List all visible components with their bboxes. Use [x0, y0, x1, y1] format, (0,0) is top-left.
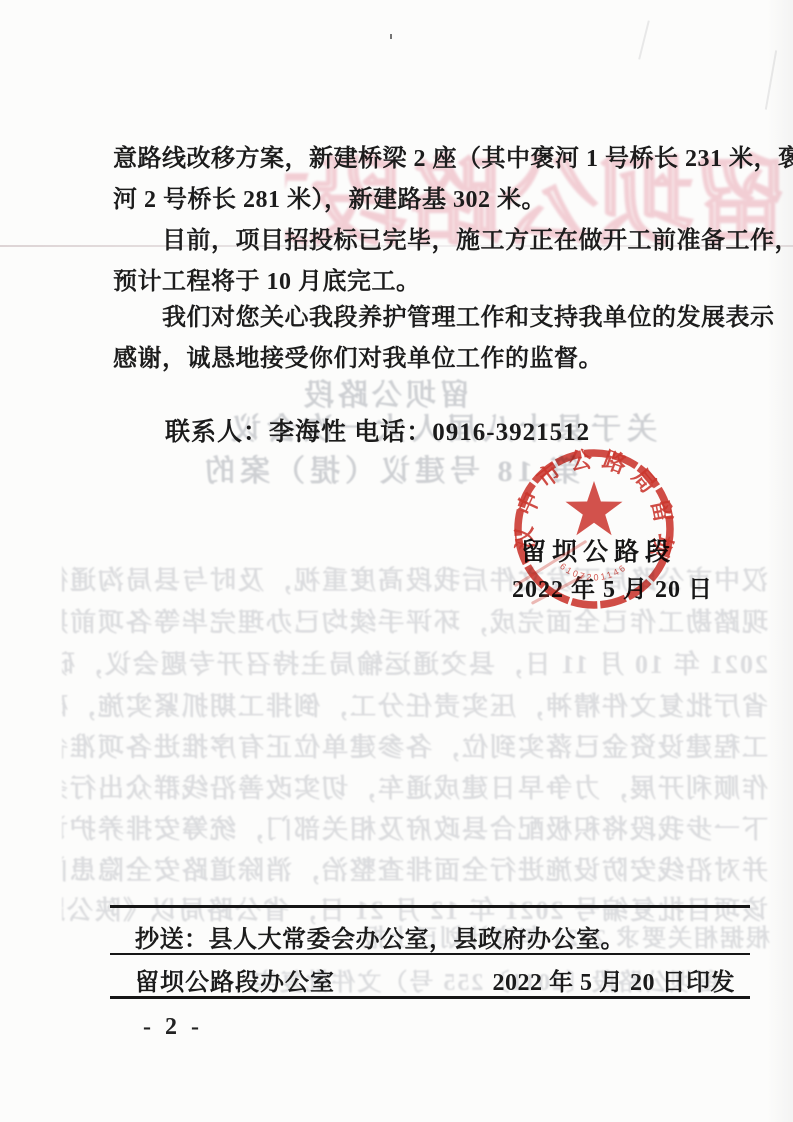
body-line: 河 2 号桥长 281 米），新建路基 302 米。	[113, 179, 743, 211]
body-line: 意路线改移方案，新建桥梁 2 座（其中褒河 1 号桥长 231 米，褒	[113, 138, 743, 170]
bleedthrough-body-line: 作顺利开展，力争早日建成通车，切实改善沿线群众出行条件	[62, 768, 768, 805]
bleedthrough-body-line: 2021 年 10 月 11 日，县交通运输局主持召开专题会议，研究	[62, 644, 768, 681]
body-line: 我们对您关心我段养护管理工作和支持我单位的发展表示	[113, 297, 792, 329]
bleedthrough-body-line: 工程建设资金已落实到位，各参建单位正有序推进各项准备工	[62, 727, 768, 764]
footer-rule-top	[110, 905, 750, 908]
scan-scratch	[638, 20, 650, 59]
bleedthrough-body-line: 省厅批复文件精神，压实责任分工，倒排工期抓紧实施，确保	[62, 686, 768, 723]
body-line: 预计工程将于 10 月底完工。	[113, 261, 743, 293]
official-seal: 汉中市公路局留坝公路段 6107201146	[511, 446, 677, 612]
svg-text:6107201146: 6107201146	[558, 561, 629, 583]
document-page: 留坝公路段文件 留坝公路段 关于县十八届人大一次会议 第 18 号建议（提）案的…	[0, 0, 793, 1122]
footer-rule-bottom	[110, 996, 750, 999]
footer-rule-middle	[110, 953, 750, 955]
body-line: 目前，项目招投标已完毕，施工方正在做开工前准备工作，	[113, 220, 792, 252]
footer-print-date: 2022 年 5 月 20 日印发	[493, 962, 736, 997]
scan-scratch	[765, 50, 777, 109]
seal-code: 6107201146	[558, 561, 629, 583]
page-number: - 2 -	[143, 1014, 203, 1041]
scan-speck	[390, 34, 392, 39]
bleedthrough-body-line: 并对沿线安防设施进行全面排查整治，消除道路安全隐患问题	[62, 850, 768, 887]
bleedthrough-body-line: 下一步我段将积极配合县政府及相关部门，统筹安排养护计划	[62, 809, 768, 846]
bleedthrough-title-line: 留坝公路段	[300, 370, 470, 414]
body-line: 感谢，诚恳地接受你们对我单位工作的监督。	[113, 338, 743, 370]
red-star-icon	[566, 481, 623, 535]
footer-copy-to: 抄送：县人大常委会办公室，县政府办公室。	[135, 919, 625, 954]
footer-issuing-office: 留坝公路段办公室	[135, 962, 335, 997]
contact-line: 联系人：李海性 电话：0916-3921512	[165, 412, 590, 448]
